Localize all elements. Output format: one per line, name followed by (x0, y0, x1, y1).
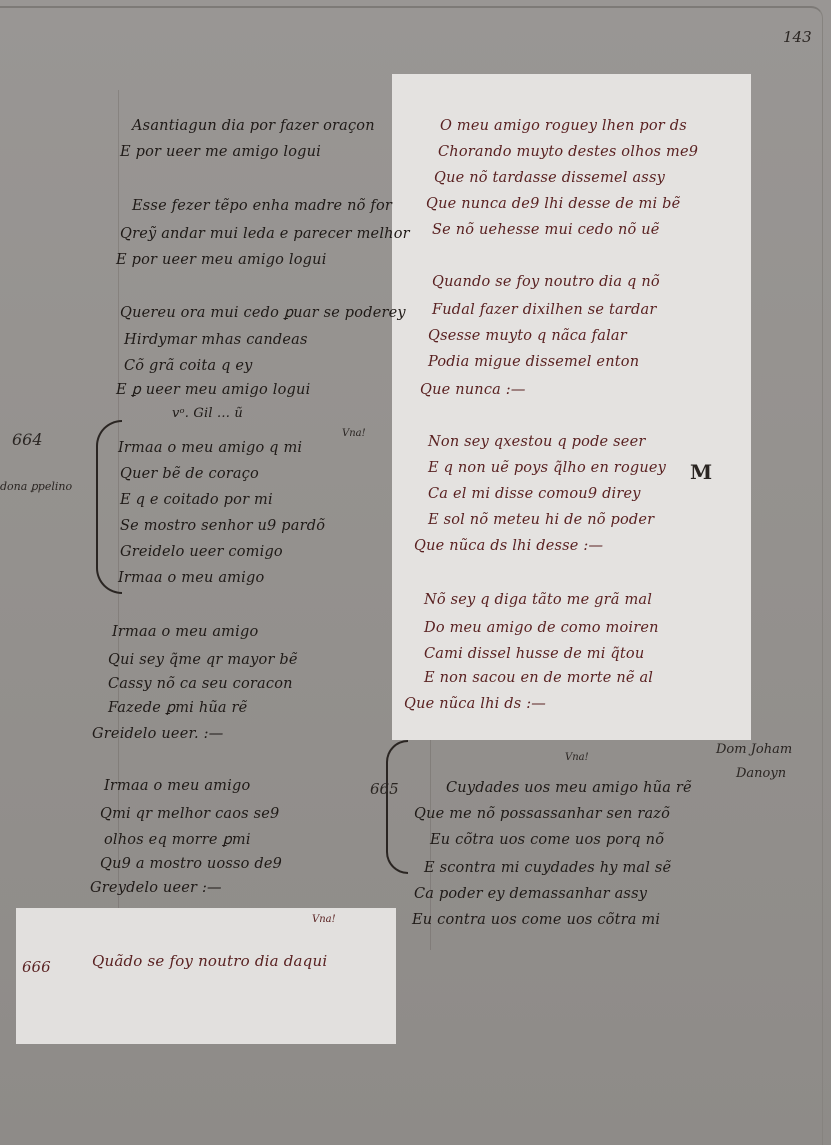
verse-line: E por ueer me amigo logui (120, 144, 321, 160)
verse-line: Quer bẽ de coraço (120, 466, 259, 482)
margin-number-666: 666 (22, 958, 51, 976)
verse-line: Quando se foy noutro dia q nõ (432, 274, 660, 290)
verse-line: Podia migue dissemel enton (428, 354, 639, 370)
verse-line: Cõ grã coita q ey (124, 358, 253, 374)
verse-line: Qui sey q̃me qr mayor bẽ (108, 652, 298, 668)
verse-line: Eu contra uos come uos cõtra mi (412, 912, 660, 928)
verse-line: Se nõ uehesse mui cedo nõ uẽ (432, 222, 660, 238)
verse-line: E sol nõ meteu hi de nõ poder (428, 512, 654, 528)
verse-line: Greydelo ueer :— (90, 880, 222, 896)
margin-note-vna: Vna! (565, 752, 589, 763)
verse-line: Ca el mi disse comou9 direy (428, 486, 641, 502)
margin-note-vna: Vna! (312, 914, 336, 925)
margin-number-665: 665 (370, 780, 399, 798)
verse-line: Eu cõtra uos come uos porq nõ (430, 832, 664, 848)
verse-line: Que nõ tardasse dissemel assy (434, 170, 665, 186)
margin-mark-m: M (690, 460, 712, 484)
verse-line: Asantiagun dia por fazer oraçon (132, 118, 375, 134)
verse-line: Que nũca lhi ds :— (404, 696, 546, 712)
verse-line: Irmaa o meu amigo (112, 624, 258, 640)
verse-line: Chorando muyto destes olhos me9 (438, 144, 698, 160)
verse-line: Cuydades uos meu amigo hũa rẽ (446, 780, 692, 796)
manuscript-page: 143 Asantiagun dia por fazer oraçon E po… (0, 0, 831, 1145)
verse-line: Qreỹ andar mui leda e parecer melhor (120, 226, 410, 242)
margin-note-vna: Vna! (342, 428, 366, 439)
incipit-line: Quãdo se foy noutro dia daqui (92, 952, 327, 970)
verse-line: Irmaa o meu amigo q mi (118, 440, 302, 456)
verse-line: E por ueer meu amigo logui (116, 252, 327, 268)
verse-line: Que nunca de9 lhi desse de mi bẽ (426, 196, 680, 212)
verse-line: Qu9 a mostro uosso de9 (100, 856, 282, 872)
verse-line: Que nunca :— (420, 382, 526, 398)
verse-line: E q e coitado por mi (120, 492, 273, 508)
verse-line: E q non uẽ poys q̃lho en roguey (428, 460, 666, 476)
highlight-region-bottom (16, 908, 396, 1044)
verse-line: Cassy nõ ca seu coracon (108, 676, 293, 692)
margin-number-664: 664 (12, 430, 43, 449)
verse-line: Fazede ꝑmi hũa rẽ (108, 700, 247, 716)
verse-line: olhos eq morre ꝑmi (104, 832, 251, 848)
verse-line: E scontra mi cuydades hy mal sẽ (424, 860, 671, 876)
verse-line: Ca poder ey demassanhar assy (414, 886, 647, 902)
verse-line: Quereu ora mui cedo ꝑuar se poderey (120, 305, 406, 321)
verse-line: Irmaa o meu amigo (104, 778, 250, 794)
verse-line: Que me nõ possassanhar sen razõ (414, 806, 670, 822)
verse-line: Fudal fazer dixilhen se tardar (432, 302, 656, 318)
verse-line: Qmi qr melhor caos se9 (100, 806, 279, 822)
margin-note-dom-johan: Dom Joham (716, 742, 792, 757)
attribution-line: vᵒ. Gil ... ũ (172, 406, 243, 421)
verse-line: Greidelo ueer. :— (92, 726, 223, 742)
verse-line: Esse fezer tẽpo enha madre nõ for (132, 198, 392, 214)
margin-note-danoyn: Danoyn (736, 766, 786, 781)
decorative-bracket (386, 740, 408, 874)
verse-line: Greidelo ueer comigo (120, 544, 283, 560)
verse-line: O meu amigo roguey lhen por ds (440, 118, 687, 134)
verse-line: E non sacou en de morte nẽ al (424, 670, 653, 686)
verse-line: Se mostro senhor u9 pardõ (120, 518, 325, 534)
verse-line: Qsesse muyto q nãca falar (428, 328, 627, 344)
verse-line: Hirdymar mhas candeas (124, 332, 308, 348)
decorative-bracket (96, 420, 122, 594)
folio-number: 143 (783, 28, 812, 46)
verse-line: E ꝑ ueer meu amigo logui (116, 382, 310, 398)
verse-line: Que nũca ds lhi desse :— (414, 538, 603, 554)
verse-line: Non sey qxestou q pode seer (428, 434, 645, 450)
verse-line: Cami dissel husse de mi q̃tou (424, 646, 644, 662)
verse-line: Irmaa o meu amigo (118, 570, 264, 586)
verse-line: Nõ sey q diga tãto me grã mal (424, 592, 652, 608)
margin-note-dona: dona ꝑpelino (0, 480, 72, 493)
verse-line: Do meu amigo de como moiren (424, 620, 659, 636)
